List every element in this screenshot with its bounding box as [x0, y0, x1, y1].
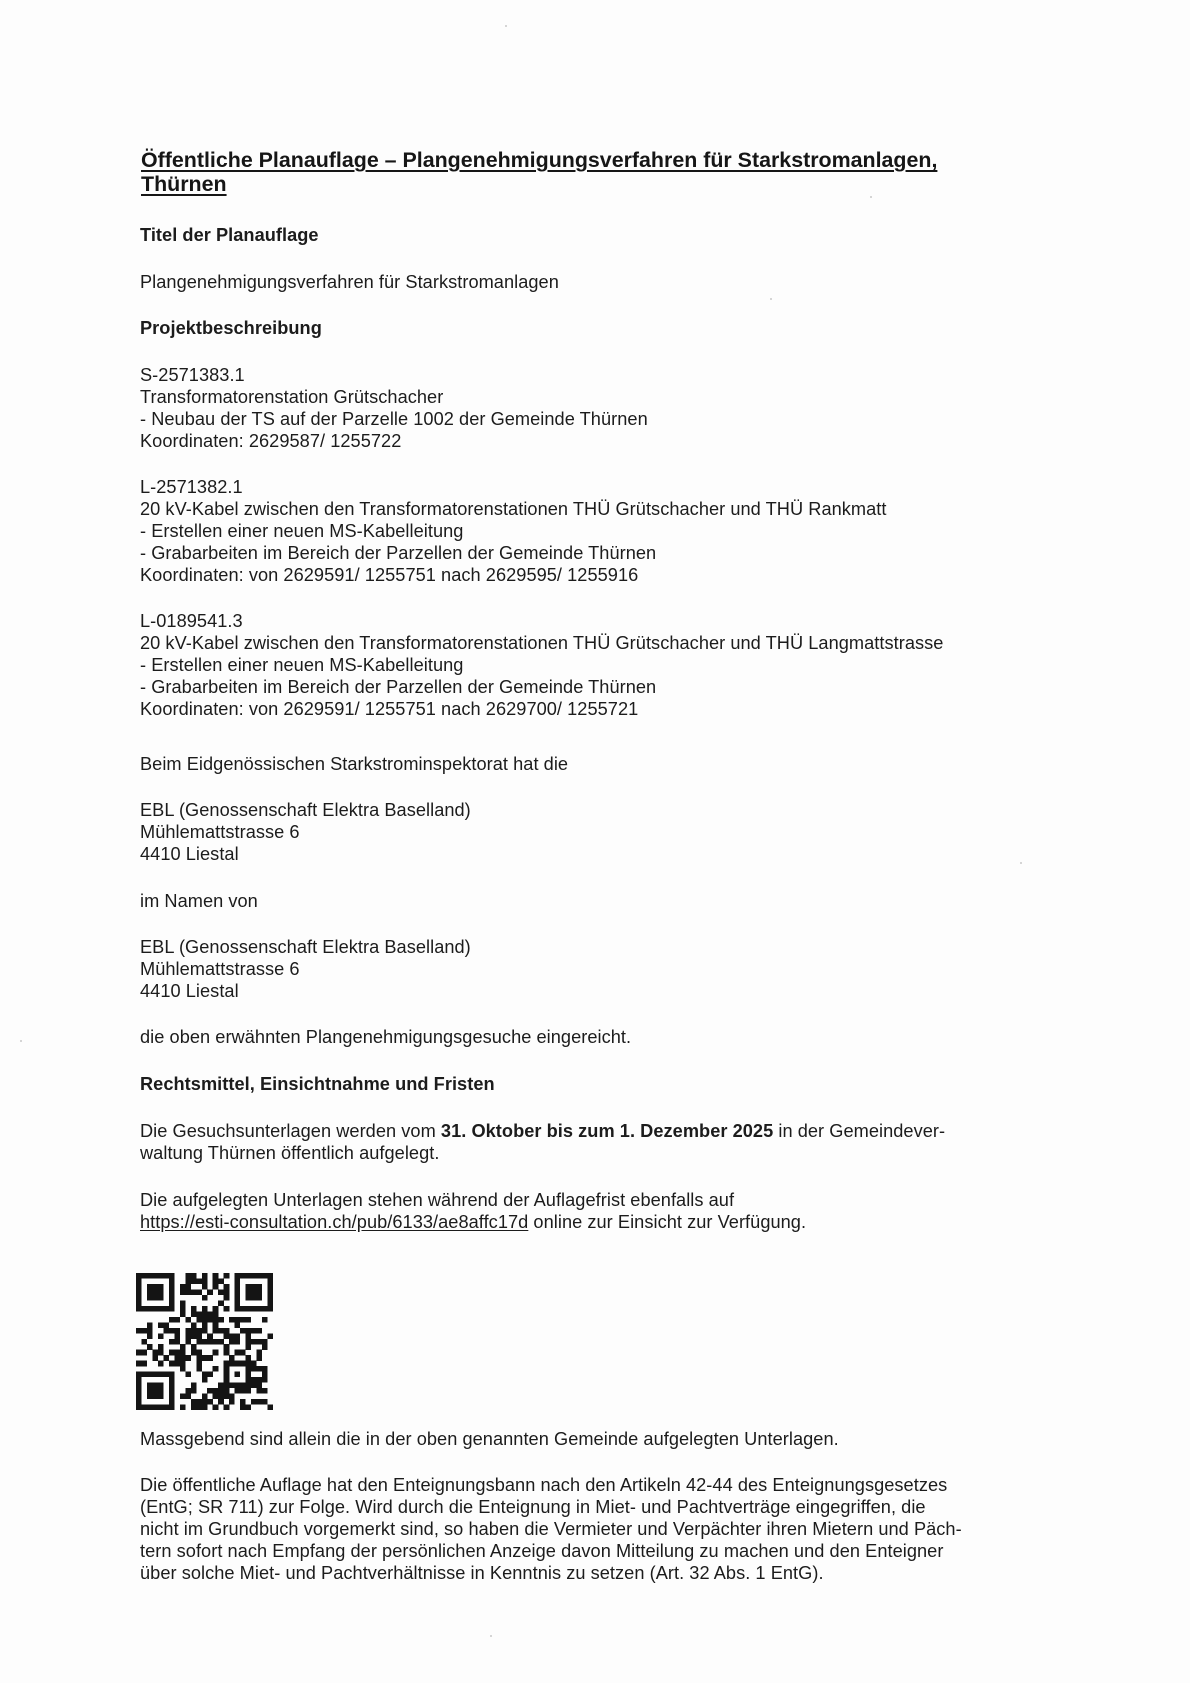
scan-speck	[1020, 862, 1022, 864]
auflage-suffix: in der Gemeindever-	[773, 1121, 945, 1141]
project-line: - Erstellen einer neuen MS-Kabelleitung	[140, 654, 463, 676]
project-line: 20 kV-Kabel zwischen den Transformatoren…	[140, 632, 943, 654]
project-coordinates: Koordinaten: von 2629591/ 1255751 nach 2…	[140, 698, 638, 720]
on-behalf-text: im Namen von	[140, 890, 258, 912]
auflage-prefix: Die Gesuchsunterlagen werden vom	[140, 1121, 441, 1141]
heading-rechtsmittel: Rechtsmittel, Einsichtnahme und Fristen	[140, 1073, 495, 1095]
consultation-link[interactable]: https://esti-consultation.ch/pub/6133/ae…	[140, 1212, 528, 1232]
scan-speck	[20, 1040, 22, 1042]
title-line-1: Öffentliche Planauflage – Plangenehmigun…	[141, 148, 937, 172]
project-line: - Grabarbeiten im Bereich der Parzellen …	[140, 542, 656, 564]
document-page: Öffentliche Planauflage – Plangenehmigun…	[0, 0, 1190, 1683]
heading-projektbeschreibung: Projektbeschreibung	[140, 317, 322, 339]
massgebend-text: Massgebend sind allein die in der oben g…	[140, 1428, 839, 1450]
heading-titel-der-planauflage: Titel der Planauflage	[140, 224, 319, 246]
title-line-2: Thürnen	[141, 172, 937, 196]
auflage-line-1: Die Gesuchsunterlagen werden vom 31. Okt…	[140, 1120, 945, 1142]
submitted-text: die oben erwähnten Plangenehmigungsgesuc…	[140, 1026, 631, 1048]
principal-name: EBL (Genossenschaft Elektra Baselland)	[140, 936, 471, 958]
project-id: L-2571382.1	[140, 476, 243, 498]
principal-city: 4410 Liestal	[140, 980, 239, 1002]
principal-street: Mühlemattstrasse 6	[140, 958, 300, 980]
auflage-period: 31. Oktober bis zum 1. Dezember 2025	[441, 1121, 773, 1141]
project-coordinates: Koordinaten: 2629587/ 1255722	[140, 430, 401, 452]
qr-code-icon[interactable]	[136, 1273, 273, 1410]
enteignung-line: nicht im Grundbuch vorgemerkt sind, so h…	[140, 1518, 962, 1540]
project-line: Transformatorenstation Grütschacher	[140, 386, 443, 408]
project-coordinates: Koordinaten: von 2629591/ 1255751 nach 2…	[140, 564, 638, 586]
project-id: L-0189541.3	[140, 610, 243, 632]
online-line-1: Die aufgelegten Unterlagen stehen währen…	[140, 1189, 734, 1211]
qr-code-graphic	[136, 1273, 273, 1410]
applicant-name: EBL (Genossenschaft Elektra Baselland)	[140, 799, 471, 821]
applicant-city: 4410 Liestal	[140, 843, 239, 865]
project-line: - Erstellen einer neuen MS-Kabelleitung	[140, 520, 463, 542]
scan-speck	[505, 25, 507, 27]
enteignung-line: Die öffentliche Auflage hat den Enteignu…	[140, 1474, 947, 1496]
document-title: Öffentliche Planauflage – Plangenehmigun…	[141, 148, 937, 196]
scan-speck	[490, 1635, 492, 1637]
enteignung-line: über solche Miet- und Pachtverhältnisse …	[140, 1562, 824, 1584]
project-line: - Neubau der TS auf der Parzelle 1002 de…	[140, 408, 648, 430]
project-line: - Grabarbeiten im Bereich der Parzellen …	[140, 676, 656, 698]
scan-speck	[870, 196, 872, 198]
titel-text: Plangenehmigungsverfahren für Starkstrom…	[140, 271, 559, 293]
intro-text: Beim Eidgenössischen Starkstrominspektor…	[140, 753, 568, 775]
project-id: S-2571383.1	[140, 364, 245, 386]
applicant-street: Mühlemattstrasse 6	[140, 821, 300, 843]
project-line: 20 kV-Kabel zwischen den Transformatoren…	[140, 498, 887, 520]
auflage-line-2: waltung Thürnen öffentlich aufgelegt.	[140, 1142, 439, 1164]
online-suffix: online zur Einsicht zur Verfügung.	[528, 1212, 806, 1232]
online-line-2: https://esti-consultation.ch/pub/6133/ae…	[140, 1211, 806, 1233]
enteignung-line: tern sofort nach Empfang der persönliche…	[140, 1540, 943, 1562]
enteignung-line: (EntG; SR 711) zur Folge. Wird durch die…	[140, 1496, 926, 1518]
scan-speck	[770, 298, 772, 300]
